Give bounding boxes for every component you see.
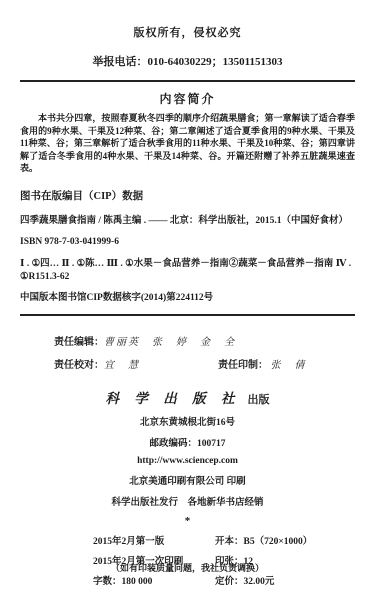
proofreader-names: 宜 慧 (104, 356, 140, 371)
price: 定价：32.00元 (215, 572, 274, 592)
publisher-postcode: 邮政编码：100717 (20, 435, 355, 449)
summary-heading: 内容简介 (20, 90, 355, 107)
summary-paragraph: 本书共分四章，按照春夏秋冬四季的顺序介绍蔬果膳食；第一章解读了适合春季食用的9种… (20, 112, 355, 175)
distribution-line: 科学出版社发行 各地新华书店经销 (20, 494, 355, 508)
asterisk-divider: * (20, 515, 355, 527)
cip-heading: 图书在版编目（CIP）数据 (20, 188, 355, 203)
cip-classification-line2: ①R151.3-62 (20, 271, 355, 284)
edition-row: 字数：180 000 定价：32.00元 (93, 572, 355, 592)
publisher-block: 科 学 出 版 社 出版 北京东黄城根北街16号 邮政编码：100717 htt… (20, 387, 355, 527)
publisher-name: 科 学 出 版 社 (106, 391, 241, 406)
cip-classification-line1: Ⅰ . ①四… Ⅱ . ①陈… Ⅲ . ①水果－食品营养－指南②蔬菜－食品营养－… (20, 258, 355, 271)
publisher-address: 北京东黄城根北街16号 (20, 414, 355, 428)
publisher-website: http://www.sciencep.com (20, 456, 355, 466)
cip-registry-number: 中国版本图书馆CIP数据核字(2014)第224112号 (20, 289, 355, 303)
staff-row-proof-print: 责任校对： 宜 慧 责任印制： 张 倩 (20, 356, 355, 371)
copyright-notice: 版权所有，侵权必究 (20, 24, 355, 40)
publisher-name-line: 科 学 出 版 社 出版 (20, 387, 355, 407)
printer-label: 责任印制： (218, 360, 268, 371)
divider-top (20, 80, 355, 82)
edition-date: 2015年2月第一版 (93, 532, 215, 552)
cip-title-line: 四季蔬果膳食指南 / 陈禹主编 . —— 北京：科学出版社，2015.1（中国好… (20, 212, 355, 226)
editor-label: 责任编辑： (54, 333, 104, 348)
quality-exchange-note: （如有印装质量问题，我社负责调换） (0, 561, 375, 574)
staff-row-editor: 责任编辑： 曹丽英 张 婷 金 全 (20, 333, 355, 348)
printer-names: 张 倩 (271, 360, 307, 371)
staff-block: 责任编辑： 曹丽英 张 婷 金 全 责任校对： 宜 慧 责任印制： 张 倩 (20, 333, 355, 371)
publish-suffix: 出版 (248, 394, 270, 406)
editor-names: 曹丽英 张 婷 金 全 (104, 333, 236, 348)
report-phone-line: 举报电话：010-64030229；13501151303 (20, 53, 355, 69)
printing-company-line: 北京美通印刷有限公司 印刷 (20, 473, 355, 487)
edition-row: 2015年2月第一版 开本：B5（720×1000） (93, 532, 355, 552)
divider-middle (20, 314, 355, 316)
cip-isbn: ISBN 978-7-03-041999-6 (20, 237, 355, 247)
word-count: 字数：180 000 (93, 572, 215, 592)
copyright-page: 版权所有，侵权必究 举报电话：010-64030229；13501151303 … (0, 0, 375, 594)
cip-classification: Ⅰ . ①四… Ⅱ . ①陈… Ⅲ . ①水果－食品营养－指南②蔬菜－食品营养－… (20, 258, 355, 284)
format-spec: 开本：B5（720×1000） (215, 532, 312, 552)
proofreader-label: 责任校对： (54, 356, 104, 371)
